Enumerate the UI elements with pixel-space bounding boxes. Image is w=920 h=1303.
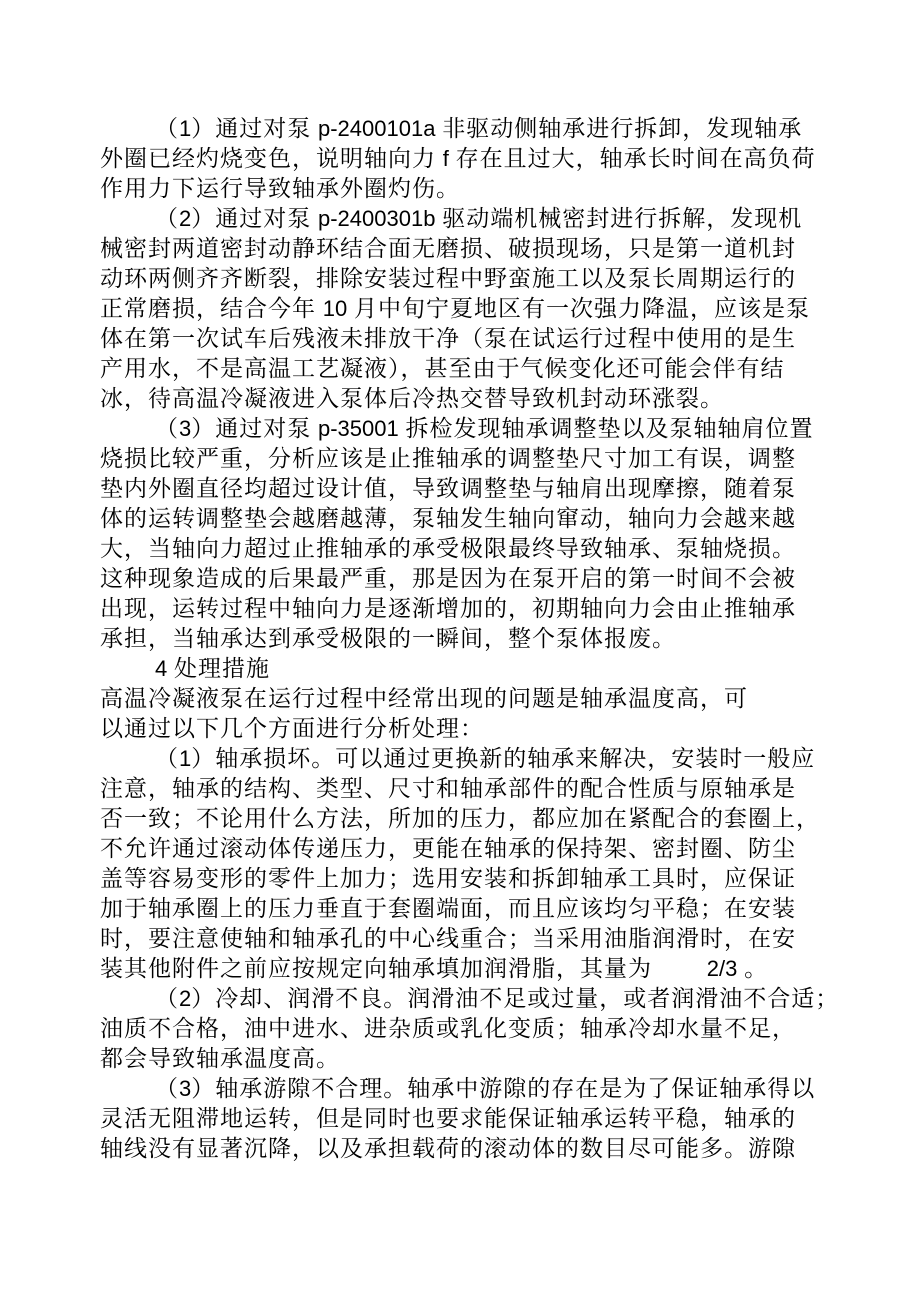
- latin-text: p-35001: [318, 416, 399, 441]
- text-line: 加于轴承圈上的压力垂直于套圈端面，而且应该均匀平稳；在安装: [100, 894, 830, 924]
- text-line: 都会导致轴承温度高。: [100, 1044, 830, 1074]
- text-line: 灵活无阻滞地运转，但是同时也要求能保证轴承运转平稳，轴承的: [100, 1104, 830, 1134]
- paragraph: （2）冷却、润滑不良。润滑油不足或过量，或者润滑油不合适；油质不合格，油中进水、…: [100, 984, 830, 1074]
- text-line: 时，要注意使轴和轴承孔的中心线重合；当采用油脂润滑时，在安: [100, 924, 830, 954]
- text-line: 注意，轴承的结构、类型、尺寸和轴承部件的配合性质与原轴承是: [100, 774, 830, 804]
- text-line: 这种现象造成的后果最严重，那是因为在泵开启的第一时间不会被: [100, 564, 830, 594]
- text-line: （2）通过对泵 p-2400301b 驱动端机械密封进行拆解，发现机: [100, 204, 830, 234]
- text-line: （1）轴承损坏。可以通过更换新的轴承来解决，安装时一般应: [100, 744, 830, 774]
- latin-text: 3: [179, 1076, 191, 1101]
- text-line: 体的运转调整垫会越磨越薄，泵轴发生轴向窜动，轴向力会越来越: [100, 504, 830, 534]
- text-line: 体在第一次试车后残液未排放干净（泵在试运行过程中使用的是生: [100, 324, 830, 354]
- paragraph: （1）通过对泵 p-2400101a 非驱动侧轴承进行拆卸，发现轴承外圈已经灼烧…: [100, 114, 830, 204]
- text-line: 烧损比较严重，分析应该是止推轴承的调整垫尺寸加工有误，调整: [100, 444, 830, 474]
- text-line: 以通过以下几个方面进行分析处理：: [100, 714, 830, 744]
- text-line: （3）轴承游隙不合理。轴承中游隙的存在是为了保证轴承得以: [100, 1074, 830, 1104]
- text-line: 大，当轴向力超过止推轴承的承受极限最终导致轴承、泵轴烧损。: [100, 534, 830, 564]
- paragraph: （3）通过对泵 p-35001 拆检发现轴承调整垫以及泵轴轴肩位置烧损比较严重，…: [100, 414, 830, 654]
- latin-text: 10: [323, 296, 347, 321]
- latin-text: 4: [155, 656, 167, 681]
- text-line: 外圈已经灼烧变色，说明轴向力 f 存在且过大，轴承长时间在高负荷: [100, 144, 830, 174]
- latin-text: p-2400301b: [318, 206, 435, 231]
- text-line: 轴线没有显著沉降，以及承担载荷的滚动体的数目尽可能多。游隙: [100, 1134, 830, 1164]
- text-line: （1）通过对泵 p-2400101a 非驱动侧轴承进行拆卸，发现轴承: [100, 114, 830, 144]
- heading-line: 4 处理措施: [100, 654, 830, 684]
- text-line: 盖等容易变形的零件上加力；选用安装和拆卸轴承工具时，应保证: [100, 864, 830, 894]
- text-line: 高温冷凝液泵在运行过程中经常出现的问题是轴承温度高，可: [100, 684, 830, 714]
- text-line: 械密封两道密封动静环结合面无磨损、破损现场，只是第一道机封: [100, 234, 830, 264]
- paragraph: （3）轴承游隙不合理。轴承中游隙的存在是为了保证轴承得以灵活无阻滞地运转，但是同…: [100, 1074, 830, 1164]
- text-line: （2）冷却、润滑不良。润滑油不足或过量，或者润滑油不合适；: [100, 984, 830, 1014]
- text-line: 不允许通过滚动体传递压力，更能在轴承的保持架、密封圈、防尘: [100, 834, 830, 864]
- text-line: 否一致；不论用什么方法，所加的压力，都应加在紧配合的套圈上，: [100, 804, 830, 834]
- document-page: （1）通过对泵 p-2400101a 非驱动侧轴承进行拆卸，发现轴承外圈已经灼烧…: [0, 0, 920, 1303]
- paragraph: （1）轴承损坏。可以通过更换新的轴承来解决，安装时一般应注意，轴承的结构、类型、…: [100, 744, 830, 984]
- latin-text: 2: [179, 986, 191, 1011]
- latin-text: 1: [179, 746, 191, 771]
- latin-text: f: [443, 146, 449, 171]
- section-heading: 4 处理措施: [100, 654, 830, 684]
- text-line: 承担，当轴承达到承受极限的一瞬间，整个泵体报废。: [100, 624, 830, 654]
- latin-text: 2: [179, 206, 191, 231]
- text-line: 产用水，不是高温工艺凝液），甚至由于气候变化还可能会伴有结: [100, 354, 830, 384]
- text-line: 正常磨损，结合今年 10 月中旬宁夏地区有一次强力降温，应该是泵: [100, 294, 830, 324]
- paragraph: （2）通过对泵 p-2400301b 驱动端机械密封进行拆解，发现机械密封两道密…: [100, 204, 830, 414]
- latin-text: 3: [179, 416, 191, 441]
- text-line: 作用力下运行导致轴承外圈灼伤。: [100, 174, 830, 204]
- paragraph: 高温冷凝液泵在运行过程中经常出现的问题是轴承温度高，可以通过以下几个方面进行分析…: [100, 684, 830, 744]
- document-body: （1）通过对泵 p-2400101a 非驱动侧轴承进行拆卸，发现轴承外圈已经灼烧…: [100, 114, 830, 1164]
- text-line: 垫内外圈直径均超过设计值，导致调整垫与轴肩出现摩擦，随着泵: [100, 474, 830, 504]
- text-line: 冰，待高温冷凝液进入泵体后冷热交替导致机封动环涨裂。: [100, 384, 830, 414]
- latin-text: p-2400101a: [318, 116, 435, 141]
- text-line: （3）通过对泵 p-35001 拆检发现轴承调整垫以及泵轴轴肩位置: [100, 414, 830, 444]
- latin-text: 1: [179, 116, 191, 141]
- text-line: 油质不合格，油中进水、进杂质或乳化变质；轴承冷却水量不足，: [100, 1014, 830, 1044]
- latin-text: 2/3: [707, 956, 738, 981]
- text-line: 动环两侧齐齐断裂，排除安装过程中野蛮施工以及泵长周期运行的: [100, 264, 830, 294]
- text-line: 出现，运转过程中轴向力是逐渐增加的，初期轴向力会由止推轴承: [100, 594, 830, 624]
- text-line: 装其他附件之前应按规定向轴承填加润滑脂，其量为 2/3 。: [100, 954, 830, 984]
